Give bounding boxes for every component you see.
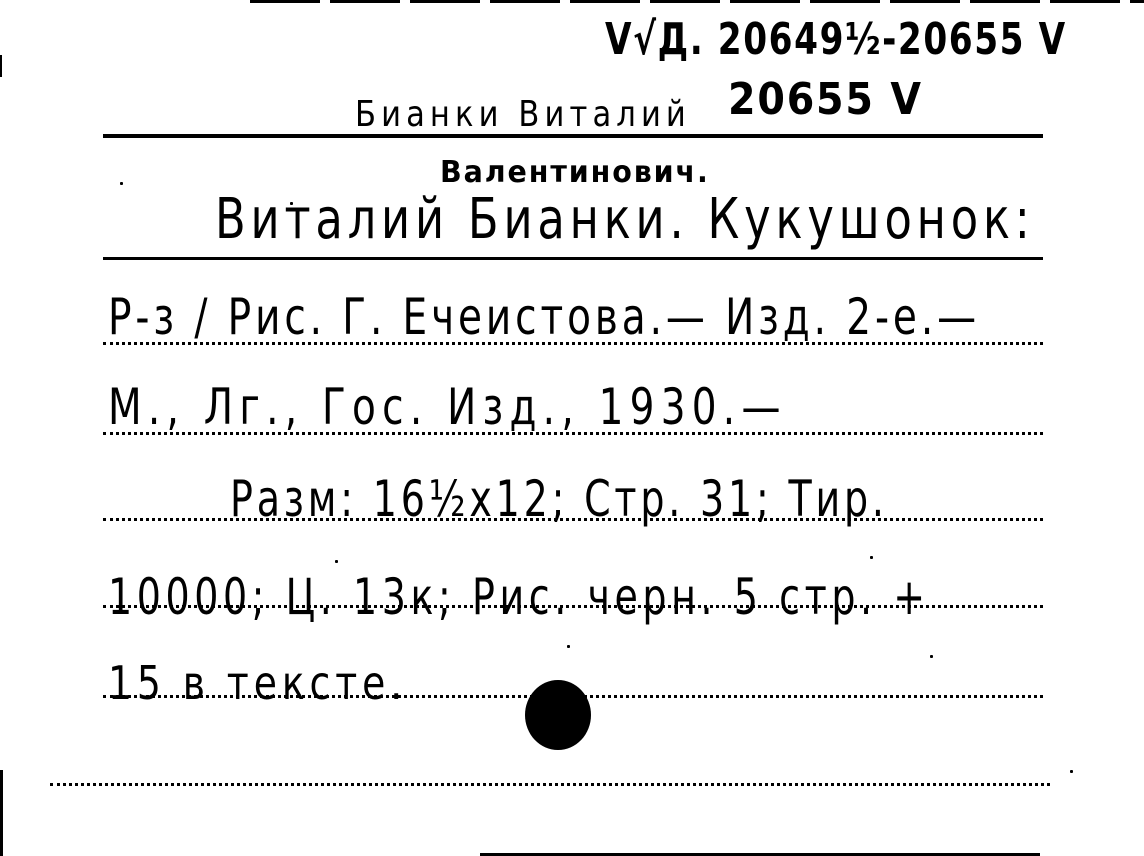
- card-top-edge: [250, 0, 1144, 3]
- ruled-line-7: [50, 783, 1050, 786]
- accession-number: V√Д. 20649½-20655 V: [605, 18, 1067, 62]
- ruled-line-3: [103, 432, 1043, 435]
- heading-patronymic: Валентинович.: [440, 158, 710, 188]
- card-left-edge-bottom: [0, 770, 3, 856]
- heading-rule: [103, 134, 1043, 138]
- entry-line-print-run-price: 10000; Ц. 13к; Рис. черн. 5 стр. +: [108, 572, 930, 622]
- accession-number-correction: 20655 V: [728, 78, 923, 122]
- card-left-edge-mark: [0, 55, 2, 77]
- ink-speck: [567, 645, 570, 648]
- ink-speck: [335, 560, 338, 563]
- ruled-line-2: [103, 342, 1043, 345]
- ruled-line-4: [103, 518, 1043, 521]
- ink-speck: [1070, 770, 1073, 773]
- ruled-line-5: [103, 605, 1043, 608]
- entry-line-title: Виталий Бианки. Кукушонок:: [215, 192, 1035, 248]
- entry-line-size-pages: Разм: 16½x12; Стр. 31; Тир.: [230, 474, 888, 524]
- ink-speck: [870, 556, 873, 559]
- entry-line-publisher: М., Лг., Гос. Изд., 1930.—: [108, 382, 787, 432]
- ink-speck: [290, 202, 293, 205]
- punch-hole: [525, 680, 591, 750]
- ink-speck: [930, 655, 933, 658]
- title-rule: [103, 257, 1043, 260]
- catalog-card: V√Д. 20649½-20655 V 20655 V Бианки Витал…: [0, 0, 1144, 856]
- ink-speck: [120, 182, 123, 185]
- entry-line-illustrations: 15 в тексте.: [108, 660, 407, 706]
- heading-author: Бианки Виталий: [355, 97, 691, 133]
- entry-line-illustrator-edition: Р-з / Рис. Г. Ечеистова.— Изд. 2-е.—: [108, 292, 980, 342]
